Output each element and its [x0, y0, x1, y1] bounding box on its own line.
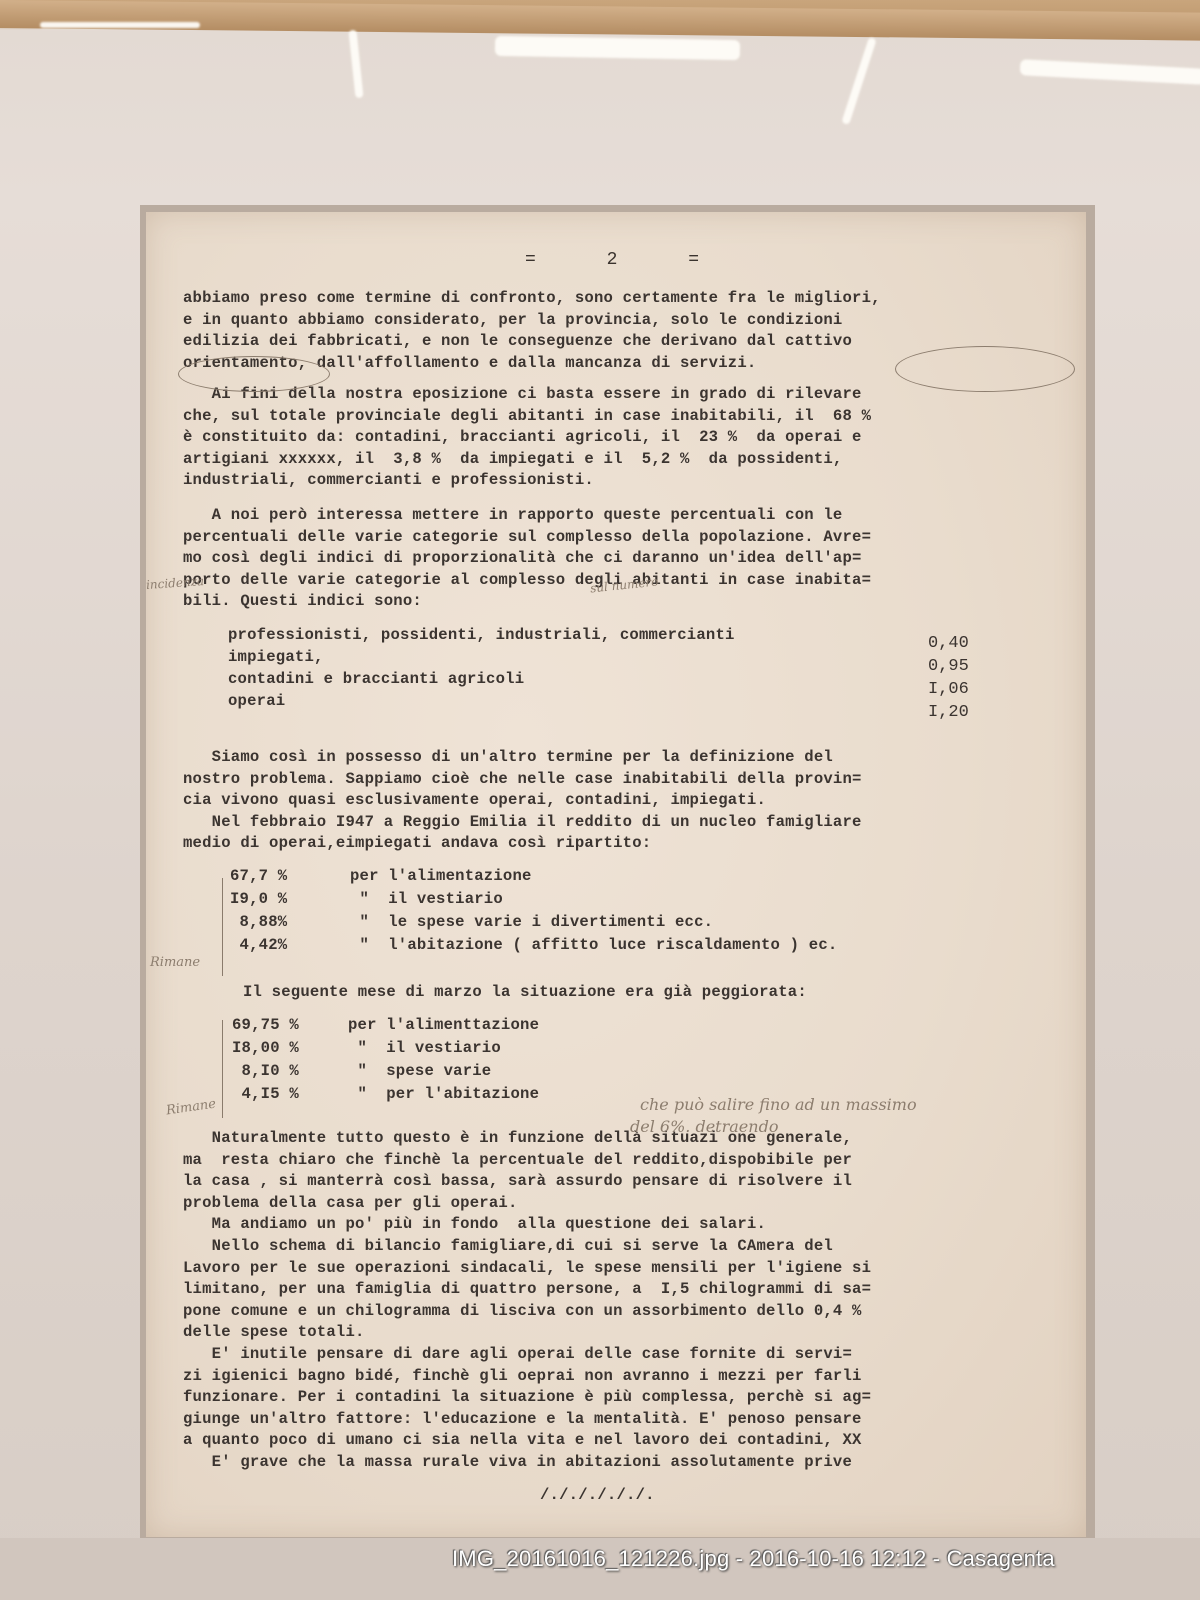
budget-percent: 8,88% [230, 912, 287, 934]
light-reflection [495, 36, 740, 60]
paragraph-line: zi igienici bagno bidé, finchè gli oepra… [183, 1366, 862, 1388]
paragraph-line: porto delle varie categorie al complesso… [183, 570, 871, 592]
index-value: 0,40 [928, 632, 969, 655]
budget-percent: 4,I5 % [232, 1084, 299, 1106]
paragraph-line: Ma andiamo un po' più in fondo alla ques… [183, 1214, 766, 1236]
paragraph-line: problema della casa per gli operai. [183, 1193, 518, 1215]
index-category: professionisti, possidenti, industriali,… [228, 625, 735, 647]
section-intro: Il seguente mese di marzo la situazione … [243, 982, 807, 1004]
paragraph-line: E' grave che la massa rurale viva in abi… [183, 1452, 852, 1474]
index-category: impiegati, [228, 647, 324, 669]
page-end-mark: /./././././. [540, 1485, 655, 1507]
paragraph-line: nostro problema. Sappiamo cioè che nelle… [183, 769, 862, 791]
paragraph-line: che, sul totale provinciale degli abitan… [183, 406, 871, 428]
budget-item: " il vestiario [348, 1038, 501, 1060]
index-category: contadini e braccianti agricoli [228, 669, 524, 691]
budget-percent: I8,00 % [232, 1038, 299, 1060]
budget-percent: 67,7 % [230, 866, 287, 888]
margin-rule [222, 1020, 223, 1118]
paragraph-line: pone comune e un chilogramma di lisciva … [183, 1301, 862, 1323]
paragraph-line: edilizia dei fabbricati, e non le conseg… [183, 331, 852, 353]
light-reflection [841, 37, 876, 125]
budget-percent: 4,42% [230, 935, 287, 957]
paragraph-line: percentuali delle varie categorie sul co… [183, 527, 871, 549]
paragraph-line: artigiani xxxxxx, il 3,8 % da impiegati … [183, 449, 843, 471]
light-reflection [348, 30, 363, 98]
budget-percent: 8,I0 % [232, 1061, 299, 1083]
page-number: = 2 = [525, 250, 729, 270]
paragraph-line: a quanto poco di umano ci sia nella vita… [183, 1430, 862, 1452]
index-value: 0,95 [928, 655, 969, 678]
handwritten-note: del 6%. detraendo [630, 1117, 778, 1136]
budget-item: per l'alimenttazione [348, 1015, 539, 1037]
paragraph-line: ma resta chiaro che finchè la percentual… [183, 1150, 852, 1172]
paragraph-line: bili. Questi indici sono: [183, 591, 422, 613]
margin-rule [222, 878, 223, 976]
paragraph-line: e in quanto abbiamo considerato, per la … [183, 310, 843, 332]
paragraph-line: Lavoro per le sue operazioni sindacali, … [183, 1258, 871, 1280]
budget-item: " l'abitazione ( affitto luce riscaldame… [350, 935, 837, 957]
index-category: operai [228, 691, 285, 713]
light-reflection [1020, 59, 1200, 85]
paragraph-line: delle spese totali. [183, 1322, 365, 1344]
photo-caption: IMG_20161016_121226.jpg - 2016-10-16 12:… [452, 1546, 1055, 1572]
budget-percent: 69,75 % [232, 1015, 299, 1037]
handwritten-note: Rimane [150, 955, 200, 970]
budget-item: " le spese varie i divertimenti ecc. [350, 912, 713, 934]
paragraph-line: giunge un'altro fattore: l'educazione e … [183, 1409, 862, 1431]
handwritten-note: che può salire fino ad un massimo [640, 1095, 917, 1114]
paragraph-line: limitano, per una famiglia di quattro pe… [183, 1279, 871, 1301]
budget-item: " spese varie [348, 1061, 491, 1083]
handwritten-circle [895, 346, 1075, 392]
budget-percent: I9,0 % [230, 889, 287, 911]
handwritten-circle [178, 356, 330, 392]
index-value: I,06 [928, 678, 969, 701]
budget-item: " il vestiario [350, 889, 503, 911]
paragraph-line: la casa , si manterrà così bassa, sarà a… [183, 1171, 852, 1193]
index-value: I,20 [928, 701, 969, 724]
paragraph-line: mo così degli indici di proporzionalità … [183, 548, 862, 570]
paragraph-line: medio di operai,eimpiegati andava così r… [183, 833, 651, 855]
budget-item: per l'alimentazione [350, 866, 532, 888]
paragraph-line: è constituito da: contadini, braccianti … [183, 427, 862, 449]
paragraph-line: Nello schema di bilancio famigliare,di c… [183, 1236, 833, 1258]
frame-top-edge [0, 0, 1200, 41]
paragraph-line: E' inutile pensare di dare agli operai d… [183, 1344, 852, 1366]
paragraph-line: Nel febbraio I947 a Reggio Emilia il red… [183, 812, 862, 834]
paragraph-line: Siamo così in possesso di un'altro termi… [183, 747, 833, 769]
budget-item: " per l'abitazione [348, 1084, 539, 1106]
paragraph-line: A noi però interessa mettere in rapporto… [183, 505, 843, 527]
paragraph-line: industriali, commercianti e professionis… [183, 470, 594, 492]
light-reflection [40, 22, 200, 28]
paragraph-line: cia vivono quasi esclusivamente operai, … [183, 790, 766, 812]
paragraph-line: funzionare. Per i contadini la situazion… [183, 1387, 871, 1409]
paragraph-line: abbiamo preso come termine di confronto,… [183, 288, 881, 310]
